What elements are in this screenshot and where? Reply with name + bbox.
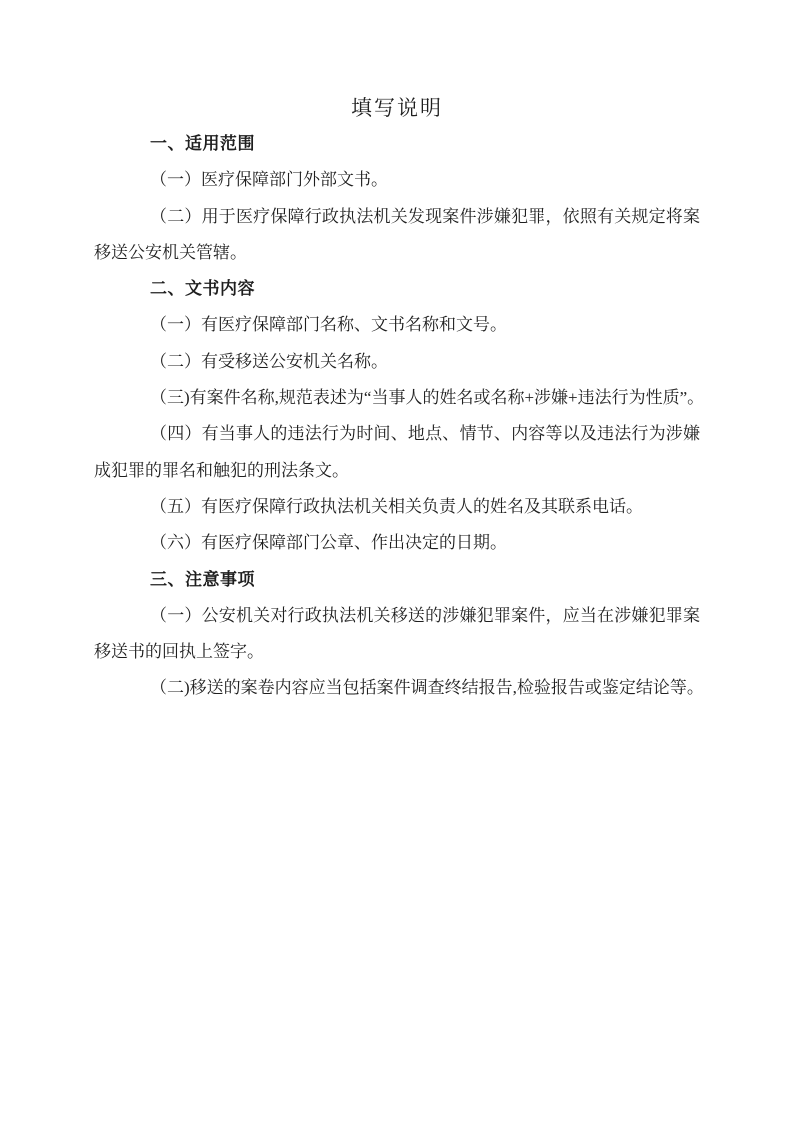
section3-para1-line2: 移送书的回执上签字。 bbox=[94, 634, 700, 670]
section2-para5-line1: （五）有医疗保障行政执法机关相关负责人的姓名及其联系电话。 bbox=[94, 489, 700, 525]
document-title: 填写说明 bbox=[94, 90, 700, 126]
section2-para2-line1: （二）有受移送公安机关名称。 bbox=[94, 344, 700, 380]
section2-para1-line1: （一）有医疗保障部门名称、文书名称和文号。 bbox=[94, 307, 700, 343]
section2-para6-line1: （六）有医疗保障部门公章、作出决定的日期。 bbox=[94, 525, 700, 561]
section-heading-3: 三、注意事项 bbox=[94, 562, 700, 598]
section2-para4-line2: 成犯罪的罪名和触犯的刑法条文。 bbox=[94, 453, 700, 489]
section3-para1-line1: （一）公安机关对行政执法机关移送的涉嫌犯罪案件，应当在涉嫌犯罪案件 bbox=[94, 598, 700, 634]
section2-para3-line1: （三)有案件名称,规范表述为“当事人的姓名或名称+涉嫌+违法行为性质”。 bbox=[94, 380, 700, 416]
section2-para4-line1: （四）有当事人的违法行为时间、地点、情节、内容等以及违法行为涉嫌构 bbox=[94, 416, 700, 452]
section1-para1-line1: （一）医疗保障部门外部文书。 bbox=[94, 162, 700, 198]
document-content: 填写说明 一、适用范围 （一）医疗保障部门外部文书。 （二）用于医疗保障行政执法… bbox=[94, 90, 700, 707]
section3-para2-line1: （二)移送的案卷内容应当包括案件调查终结报告,检验报告或鉴定结论等。 bbox=[94, 670, 700, 706]
section1-para2-line1: （二）用于医疗保障行政执法机关发现案件涉嫌犯罪，依照有关规定将案件 bbox=[94, 199, 700, 235]
section-heading-2: 二、文书内容 bbox=[94, 271, 700, 307]
document-page: 填写说明 一、适用范围 （一）医疗保障部门外部文书。 （二）用于医疗保障行政执法… bbox=[0, 0, 793, 1122]
section-heading-1: 一、适用范围 bbox=[94, 126, 700, 162]
section1-para2-line2: 移送公安机关管辖。 bbox=[94, 235, 700, 271]
